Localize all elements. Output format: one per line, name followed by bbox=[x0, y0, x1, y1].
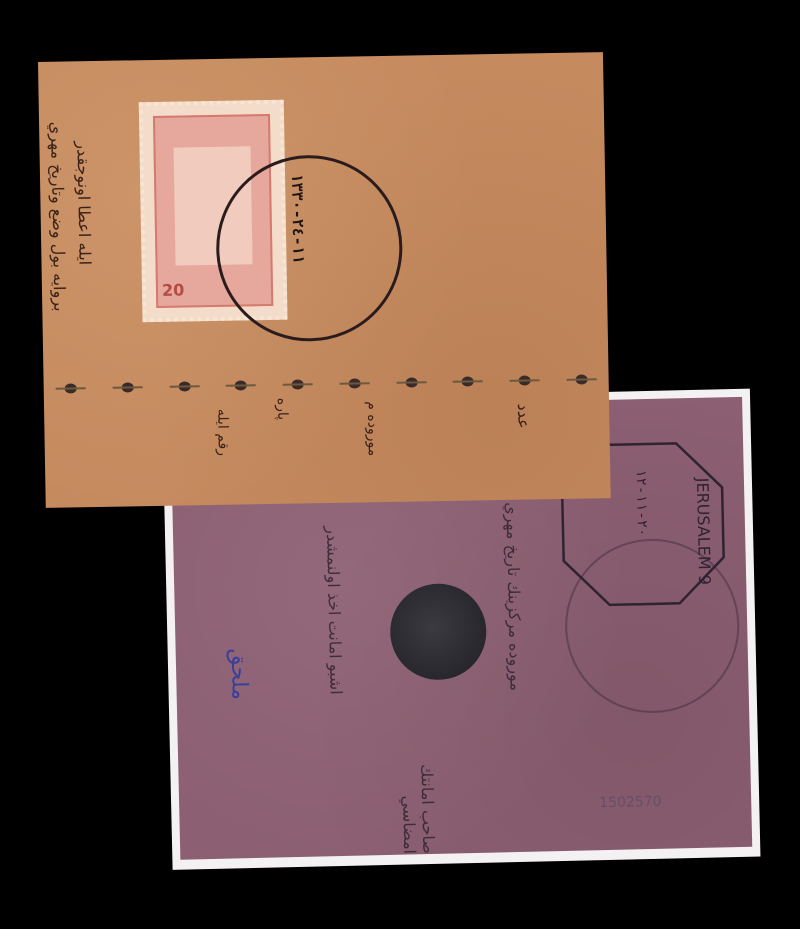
purple-text-line: موروده مركزينك تاريخ مهري bbox=[502, 502, 525, 691]
purple-text-line: صاحب امانتك امضاسي bbox=[397, 704, 438, 855]
ornament-icon bbox=[510, 374, 540, 387]
ornament-icon bbox=[396, 376, 426, 389]
black-wax-seal bbox=[389, 583, 487, 681]
ornament-icon bbox=[112, 381, 142, 394]
lower-text: پاره bbox=[274, 398, 290, 421]
ornament-icon bbox=[56, 382, 86, 395]
cancel-date: ١١-٢٤-١٣٣٠ bbox=[288, 173, 308, 264]
orange-postal-card: بروايه بول وضع وتاريخ مهري ايله اعطا اون… bbox=[38, 52, 611, 508]
ornament-icon bbox=[283, 378, 313, 391]
ornament-icon bbox=[226, 379, 256, 392]
ornament-icon bbox=[453, 375, 483, 388]
svg-text:٢٠-١١-١٢: ٢٠-١١-١٢ bbox=[633, 469, 651, 537]
blue-ink-signature: ملحق bbox=[226, 648, 252, 700]
ornament-icon bbox=[339, 377, 369, 390]
header-text-2: ايله اعطا اونوجقدر bbox=[73, 141, 94, 265]
pencil-inventory-number: 1502570 bbox=[599, 794, 662, 811]
stamp-denomination: 20 bbox=[162, 280, 185, 299]
lower-text: رقم ايله bbox=[214, 409, 231, 456]
circular-cancellation: ١١-٢٤-١٣٣٠ bbox=[215, 154, 404, 343]
ornament-icon bbox=[169, 380, 199, 393]
lower-text: موروده م bbox=[364, 401, 381, 456]
header-text: بروايه بول وضع وتاريخ مهري bbox=[47, 122, 69, 312]
ornament-icon bbox=[566, 373, 596, 386]
purple-text-line: اشبو امانت اخذ اولنمشدر bbox=[323, 526, 346, 695]
lower-text: عدد bbox=[514, 403, 533, 428]
svg-text:JERUSALEM 9: JERUSALEM 9 bbox=[693, 477, 714, 586]
ornamental-divider bbox=[56, 372, 597, 395]
